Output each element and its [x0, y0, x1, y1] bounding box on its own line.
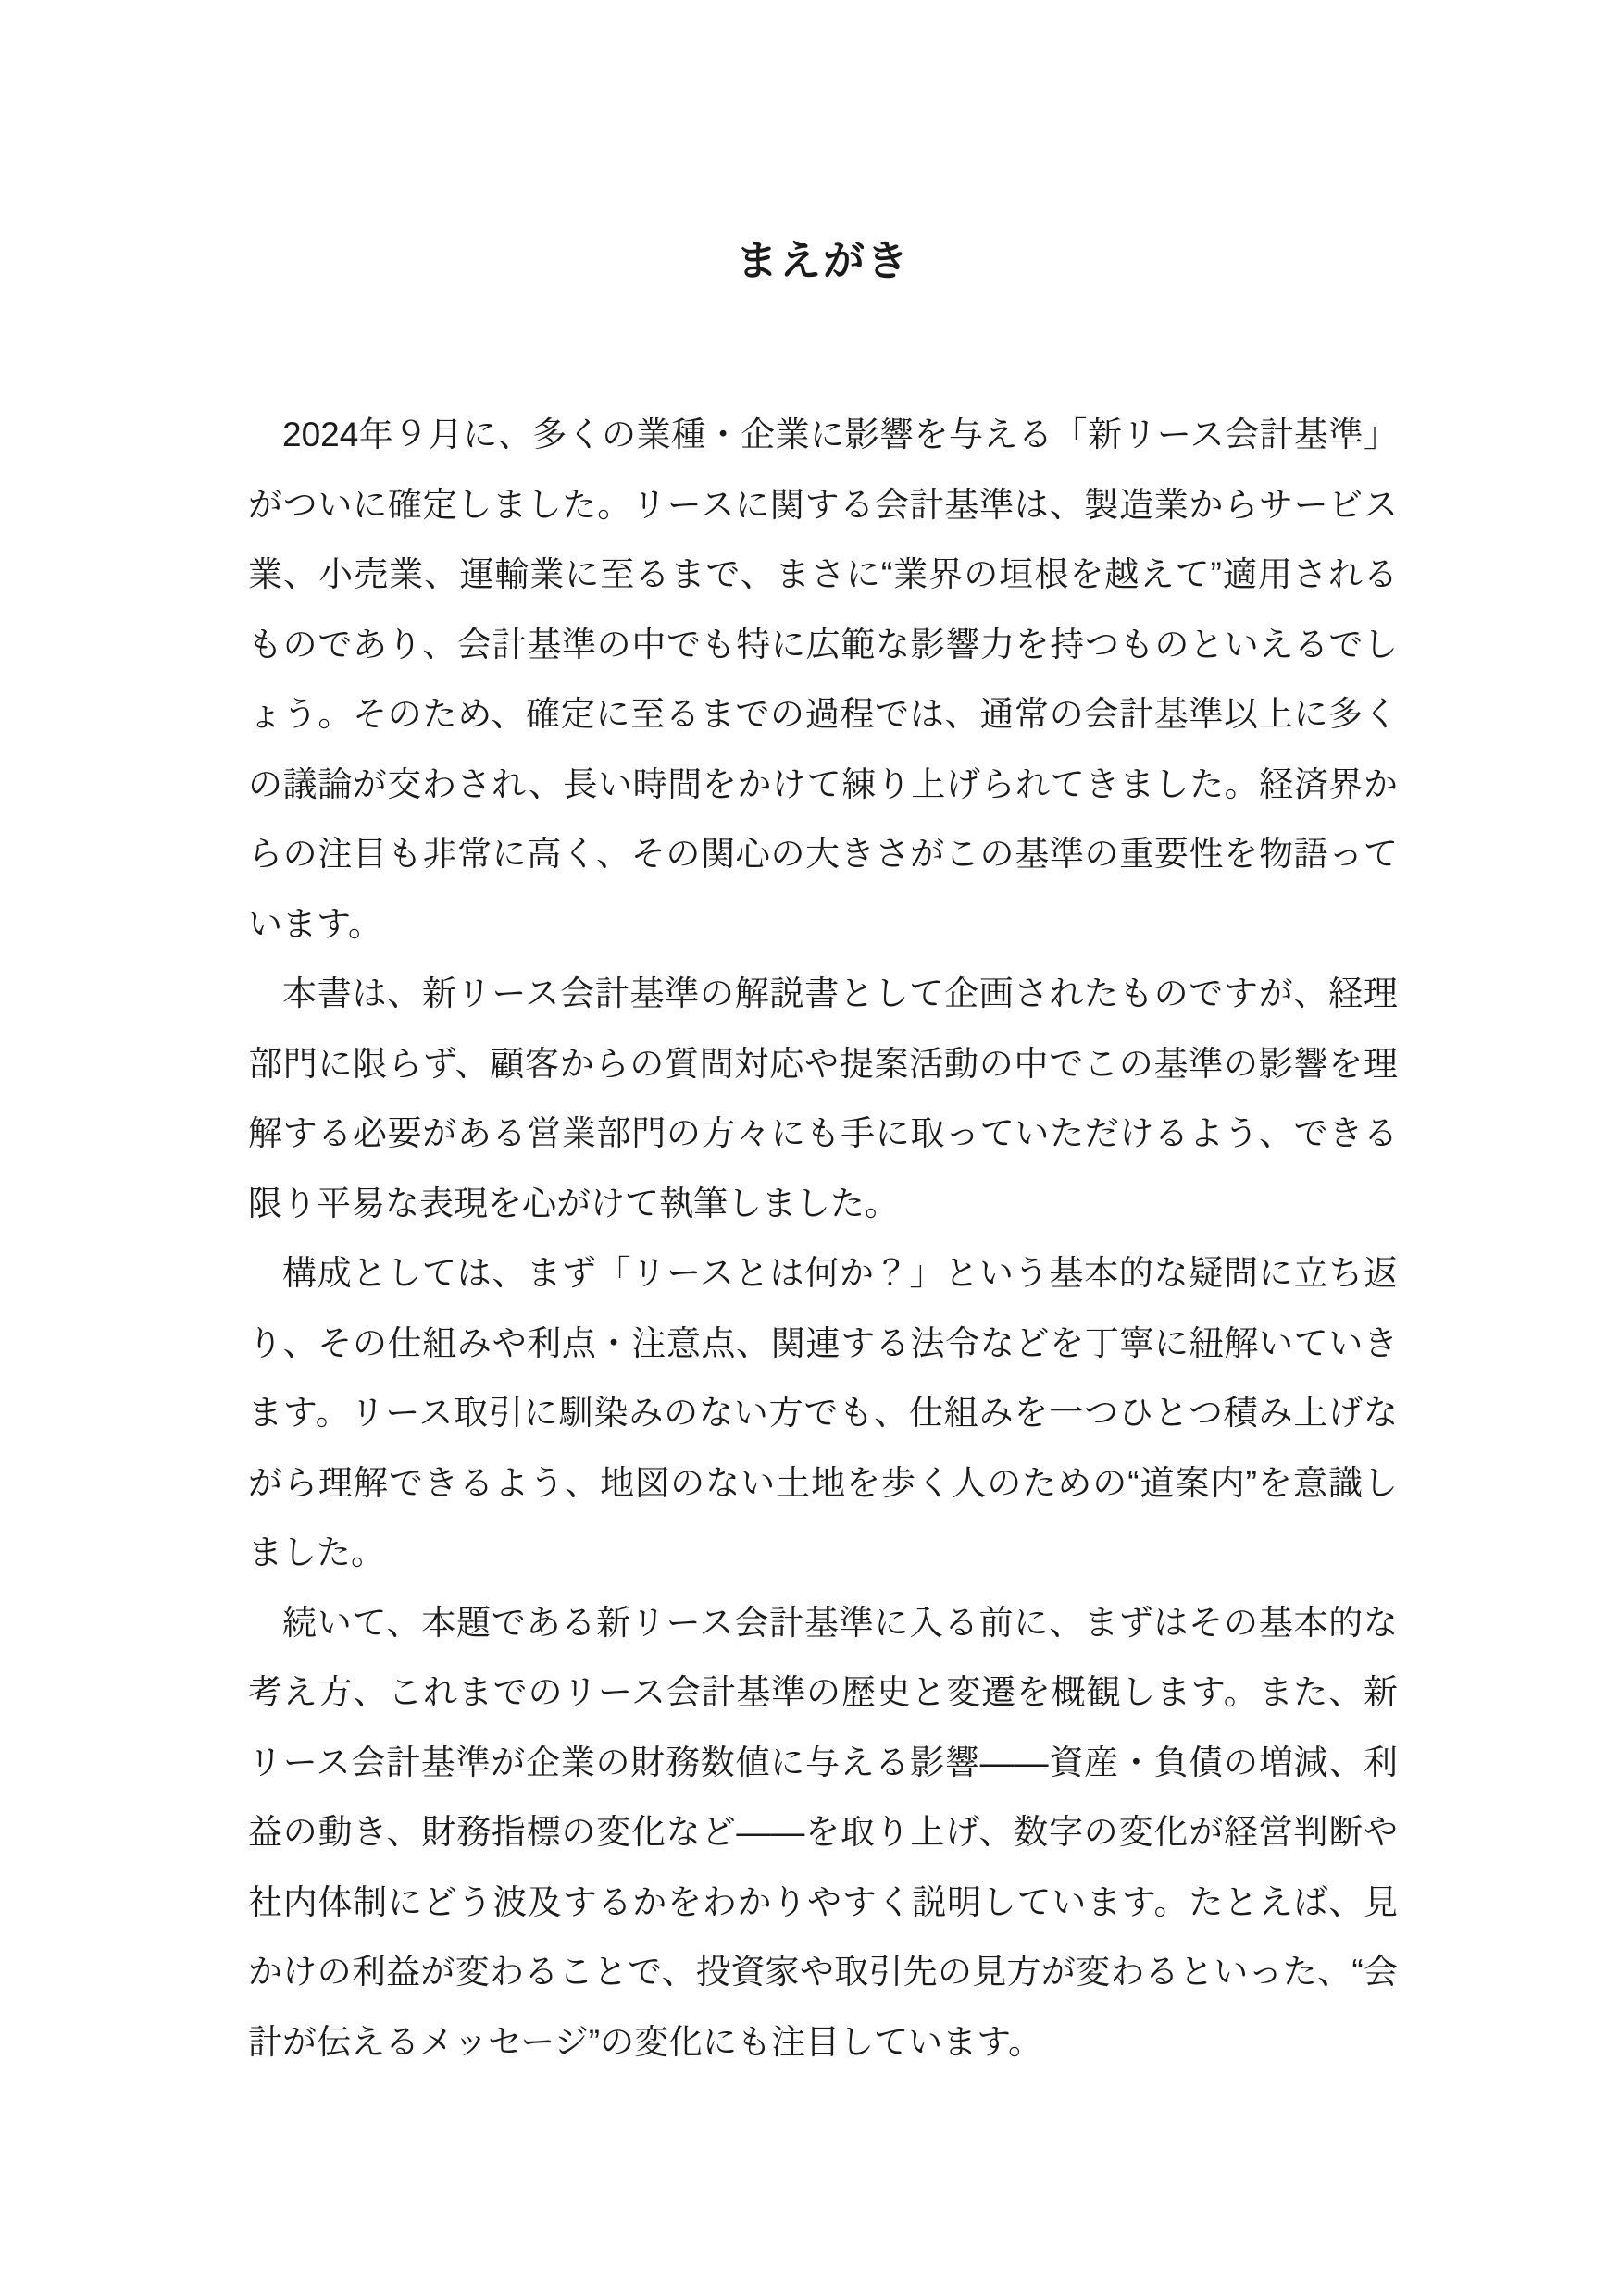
paragraph-2: 本書は、新リース会計基準の解説書として企画されたものですが、経理部門に限らず、顧…	[248, 959, 1398, 1238]
preface-page: まえがき 2024年９月に、多くの業種・企業に影響を与える「新リース会計基準」が…	[0, 0, 1619, 2296]
paragraph-4: 続いて、本題である新リース会計基準に入る前に、まずはその基本的な考え方、これまで…	[248, 1588, 1398, 2078]
paragraph-3: 構成としては、まず「リースとは何か？」という基本的な疑問に立ち返り、その仕組みや…	[248, 1238, 1398, 1588]
body-text: 2024年９月に、多くの業種・企業に影響を与える「新リース会計基準」がついに確定…	[248, 400, 1398, 2077]
paragraph-1: 2024年９月に、多くの業種・企業に影響を与える「新リース会計基準」がついに確定…	[248, 400, 1398, 959]
page-title: まえがき	[248, 227, 1398, 287]
